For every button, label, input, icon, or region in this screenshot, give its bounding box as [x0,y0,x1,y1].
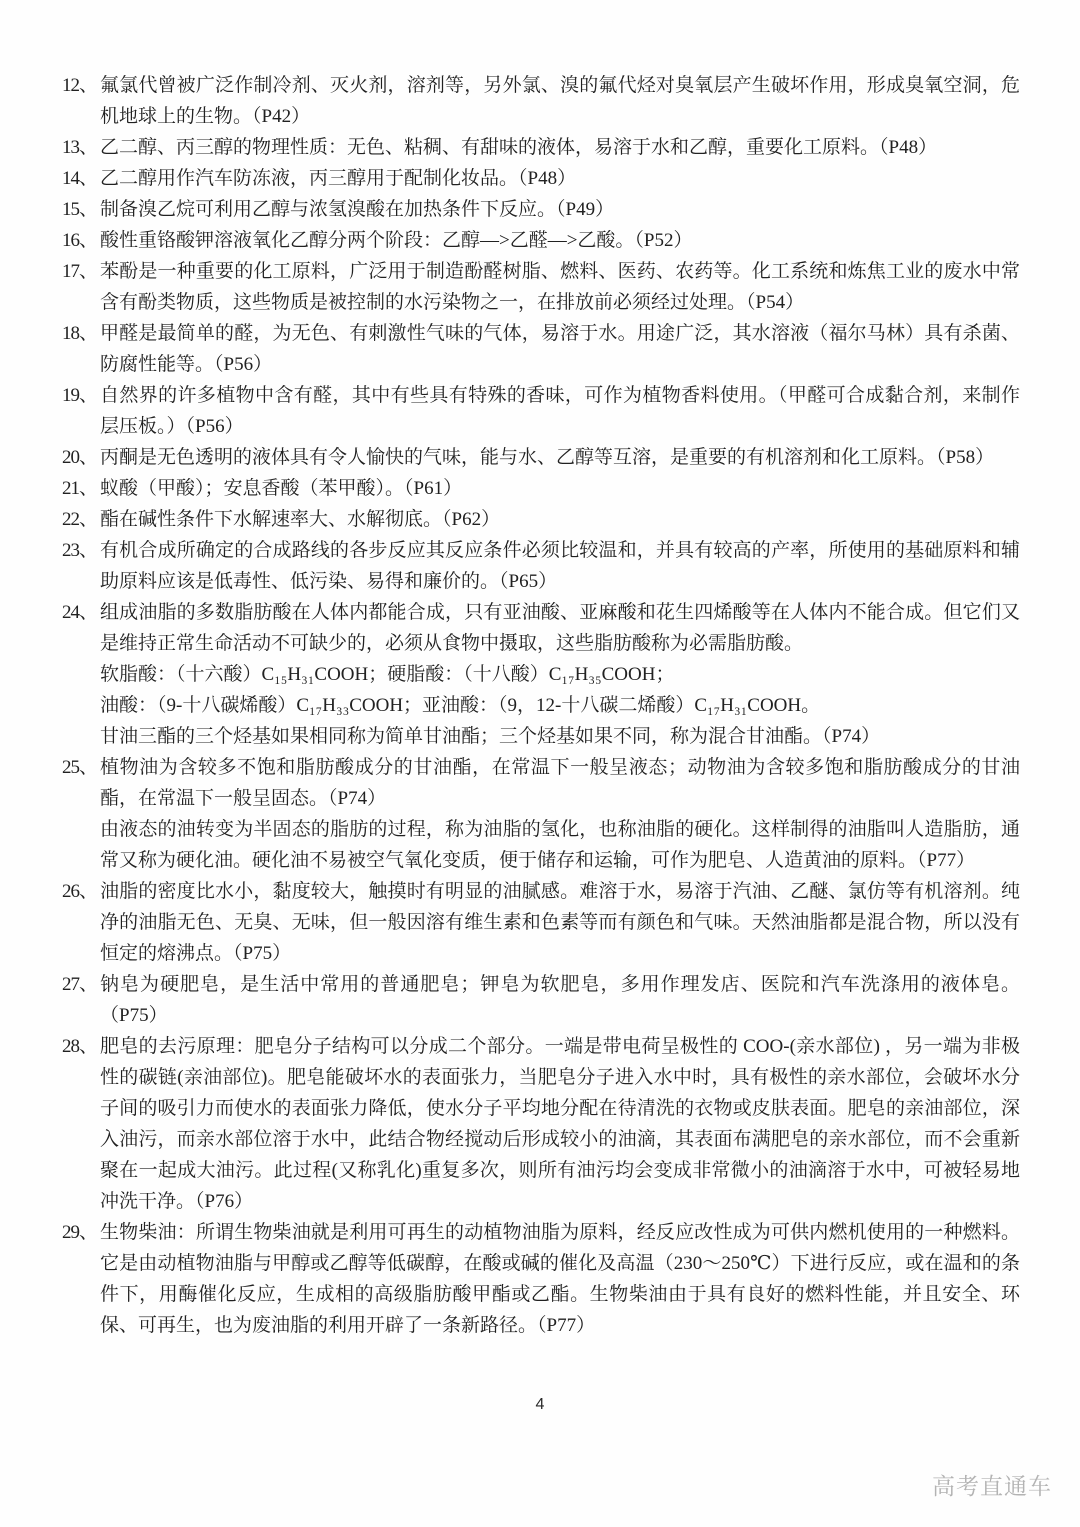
list-item: 25、植物油为含较多不饱和脂肪酸成分的甘油酯，在常温下一般呈液态；动物油为含较多… [62,752,1020,876]
list-item: 12、氟氯代曾被广泛作制冷剂、灭火剂，溶剂等，另外氯、溴的氟代烃对臭氧层产生破坏… [62,70,1020,132]
item-number: 21、 [62,473,100,504]
paragraph: 乙二醇、丙三醇的物理性质：无色、粘稠、有甜味的液体，易溶于水和乙醇，重要化工原料… [100,132,1020,163]
paragraph: 甲醛是最简单的醛，为无色、有刺激性气味的气体，易溶于水。用途广泛，其水溶液（福尔… [100,318,1020,380]
paragraph: 由液态的油转变为半固态的脂肪的过程，称为油脂的氢化，也称油脂的硬化。这样制得的油… [100,814,1020,876]
item-number: 19、 [62,380,100,411]
list-item: 21、蚁酸（甲酸）；安息香酸（苯甲酸）。（P61） [62,473,1020,504]
item-text: 丙酮是无色透明的液体具有令人愉快的气味，能与水、乙醇等互溶，是重要的有机溶剂和化… [100,442,1020,473]
list-item: 19、自然界的许多植物中含有醛，其中有些具有特殊的香味，可作为植物香料使用。（甲… [62,380,1020,442]
list-item: 23、有机合成所确定的合成路线的各步反应其反应条件必须比较温和，并具有较高的产率… [62,535,1020,597]
item-text: 植物油为含较多不饱和脂肪酸成分的甘油酯，在常温下一般呈液态；动物油为含较多饱和脂… [100,752,1020,876]
item-text: 甲醛是最简单的醛，为无色、有刺激性气味的气体，易溶于水。用途广泛，其水溶液（福尔… [100,318,1020,380]
item-number: 14、 [62,163,100,194]
item-text: 肥皂的去污原理：肥皂分子结构可以分成二个部分。一端是带电荷呈极性的 COO-(亲… [100,1031,1020,1217]
item-number: 15、 [62,194,100,225]
paragraph: 酸性重铬酸钾溶液氧化乙醇分两个阶段：乙醇—>乙醛—>乙酸。（P52） [100,225,1020,256]
paragraph: 氟氯代曾被广泛作制冷剂、灭火剂，溶剂等，另外氯、溴的氟代烃对臭氧层产生破坏作用，… [100,70,1020,132]
paragraph: 自然界的许多植物中含有醛，其中有些具有特殊的香味，可作为植物香料使用。（甲醛可合… [100,380,1020,442]
paragraph: 肥皂的去污原理：肥皂分子结构可以分成二个部分。一端是带电荷呈极性的 COO-(亲… [100,1031,1020,1217]
paragraph: 有机合成所确定的合成路线的各步反应其反应条件必须比较温和，并具有较高的产率，所使… [100,535,1020,597]
watermark-brand: 高考直通车 [932,1468,1052,1501]
item-number: 13、 [62,132,100,163]
item-text: 油脂的密度比水小，黏度较大，触摸时有明显的油腻感。难溶于水，易溶于汽油、乙醚、氯… [100,876,1020,969]
paragraph: 蚁酸（甲酸）；安息香酸（苯甲酸）。（P61） [100,473,1020,504]
item-text: 钠皂为硬肥皂，是生活中常用的普通肥皂；钾皂为软肥皂，多用作理发店、医院和汽车洗涤… [100,969,1020,1031]
item-text: 自然界的许多植物中含有醛，其中有些具有特殊的香味，可作为植物香料使用。（甲醛可合… [100,380,1020,442]
list-item: 28、肥皂的去污原理：肥皂分子结构可以分成二个部分。一端是带电荷呈极性的 COO… [62,1031,1020,1217]
item-number: 23、 [62,535,100,566]
item-number: 17、 [62,256,100,287]
item-number: 18、 [62,318,100,349]
list-item: 15、制备溴乙烷可利用乙醇与浓氢溴酸在加热条件下反应。（P49） [62,194,1020,225]
item-text: 乙二醇用作汽车防冻液，丙三醇用于配制化妆品。（P48） [100,163,1020,194]
paragraph: 丙酮是无色透明的液体具有令人愉快的气味，能与水、乙醇等互溶，是重要的有机溶剂和化… [100,442,1020,473]
item-number: 12、 [62,70,100,101]
list-item: 29、生物柴油：所谓生物柴油就是利用可再生的动植物油脂为原料，经反应改性成为可供… [62,1217,1020,1341]
item-number: 25、 [62,752,100,783]
item-text: 制备溴乙烷可利用乙醇与浓氢溴酸在加热条件下反应。（P49） [100,194,1020,225]
paragraph: 甘油三酯的三个烃基如果相同称为简单甘油酯；三个烃基如果不同，称为混合甘油酯。（P… [100,721,1020,752]
item-text: 氟氯代曾被广泛作制冷剂、灭火剂，溶剂等，另外氯、溴的氟代烃对臭氧层产生破坏作用，… [100,70,1020,132]
list-item: 14、乙二醇用作汽车防冻液，丙三醇用于配制化妆品。（P48） [62,163,1020,194]
list-item: 24、组成油脂的多数脂肪酸在人体内都能合成，只有亚油酸、亚麻酸和花生四烯酸等在人… [62,597,1020,752]
paragraph: 乙二醇用作汽车防冻液，丙三醇用于配制化妆品。（P48） [100,163,1020,194]
paragraph: 苯酚是一种重要的化工原料，广泛用于制造酚醛树脂、燃料、医药、农药等。化工系统和炼… [100,256,1020,318]
notes-list: 12、氟氯代曾被广泛作制冷剂、灭火剂，溶剂等，另外氯、溴的氟代烃对臭氧层产生破坏… [62,70,1020,1341]
page-number: 4 [0,1396,1080,1414]
list-item: 13、乙二醇、丙三醇的物理性质：无色、粘稠、有甜味的液体，易溶于水和乙醇，重要化… [62,132,1020,163]
paragraph: 油酸：（9-十八碳烯酸）C₁₇H₃₃COOH；亚油酸：（9，12-十八碳二烯酸）… [100,690,1020,721]
item-text: 生物柴油：所谓生物柴油就是利用可再生的动植物油脂为原料，经反应改性成为可供内燃机… [100,1217,1020,1341]
paragraph: 软脂酸：（十六酸）C₁₅H₃₁COOH；硬脂酸：（十八酸）C₁₇H₃₅COOH； [100,659,1020,690]
list-item: 20、丙酮是无色透明的液体具有令人愉快的气味，能与水、乙醇等互溶，是重要的有机溶… [62,442,1020,473]
item-text: 苯酚是一种重要的化工原料，广泛用于制造酚醛树脂、燃料、医药、农药等。化工系统和炼… [100,256,1020,318]
document-page: 12、氟氯代曾被广泛作制冷剂、灭火剂，溶剂等，另外氯、溴的氟代烃对臭氧层产生破坏… [0,0,1080,1527]
paragraph: 酯在碱性条件下水解速率大、水解彻底。（P62） [100,504,1020,535]
item-text: 组成油脂的多数脂肪酸在人体内都能合成，只有亚油酸、亚麻酸和花生四烯酸等在人体内不… [100,597,1020,752]
item-text: 酸性重铬酸钾溶液氧化乙醇分两个阶段：乙醇—>乙醛—>乙酸。（P52） [100,225,1020,256]
list-item: 17、苯酚是一种重要的化工原料，广泛用于制造酚醛树脂、燃料、医药、农药等。化工系… [62,256,1020,318]
item-number: 24、 [62,597,100,628]
paragraph: 植物油为含较多不饱和脂肪酸成分的甘油酯，在常温下一般呈液态；动物油为含较多饱和脂… [100,752,1020,814]
item-text: 有机合成所确定的合成路线的各步反应其反应条件必须比较温和，并具有较高的产率，所使… [100,535,1020,597]
item-number: 27、 [62,969,100,1000]
item-number: 20、 [62,442,100,473]
item-number: 26、 [62,876,100,907]
list-item: 18、甲醛是最简单的醛，为无色、有刺激性气味的气体，易溶于水。用途广泛，其水溶液… [62,318,1020,380]
paragraph: 生物柴油：所谓生物柴油就是利用可再生的动植物油脂为原料，经反应改性成为可供内燃机… [100,1217,1020,1341]
item-text: 蚁酸（甲酸）；安息香酸（苯甲酸）。（P61） [100,473,1020,504]
list-item: 22、酯在碱性条件下水解速率大、水解彻底。（P62） [62,504,1020,535]
paragraph: 油脂的密度比水小，黏度较大，触摸时有明显的油腻感。难溶于水，易溶于汽油、乙醚、氯… [100,876,1020,969]
item-text: 酯在碱性条件下水解速率大、水解彻底。（P62） [100,504,1020,535]
paragraph: 制备溴乙烷可利用乙醇与浓氢溴酸在加热条件下反应。（P49） [100,194,1020,225]
list-item: 27、钠皂为硬肥皂，是生活中常用的普通肥皂；钾皂为软肥皂，多用作理发店、医院和汽… [62,969,1020,1031]
item-number: 22、 [62,504,100,535]
item-text: 乙二醇、丙三醇的物理性质：无色、粘稠、有甜味的液体，易溶于水和乙醇，重要化工原料… [100,132,1020,163]
paragraph: 钠皂为硬肥皂，是生活中常用的普通肥皂；钾皂为软肥皂，多用作理发店、医院和汽车洗涤… [100,969,1020,1031]
item-number: 29、 [62,1217,100,1248]
item-number: 16、 [62,225,100,256]
item-number: 28、 [62,1031,100,1062]
list-item: 16、酸性重铬酸钾溶液氧化乙醇分两个阶段：乙醇—>乙醛—>乙酸。（P52） [62,225,1020,256]
paragraph: 组成油脂的多数脂肪酸在人体内都能合成，只有亚油酸、亚麻酸和花生四烯酸等在人体内不… [100,597,1020,659]
list-item: 26、油脂的密度比水小，黏度较大，触摸时有明显的油腻感。难溶于水，易溶于汽油、乙… [62,876,1020,969]
